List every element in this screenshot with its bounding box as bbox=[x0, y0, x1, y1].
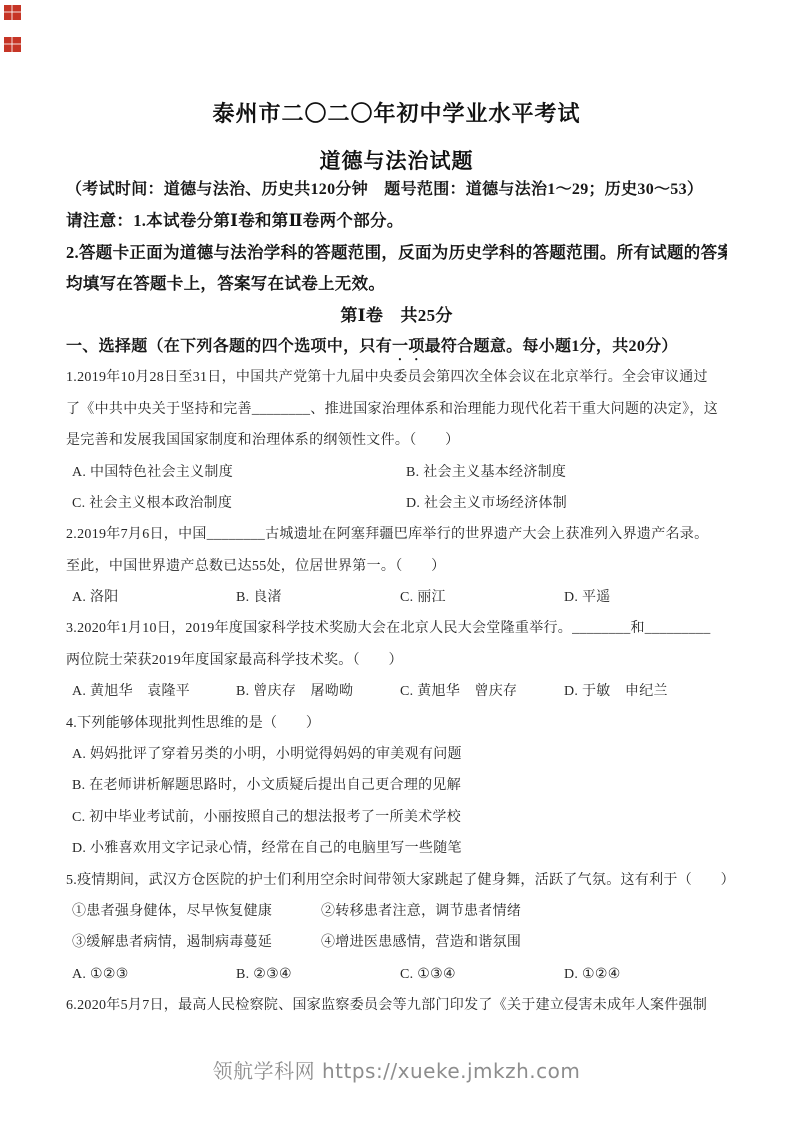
question-3-options-row: A. 黄旭华 袁隆平 B. 曾庆存 屠呦呦 C. 黄旭华 曾庆存 D. 于敏 申… bbox=[66, 676, 727, 707]
question-3-option-a: A. 黄旭华 袁隆平 bbox=[72, 676, 236, 707]
red-corner-mark-icon bbox=[4, 37, 21, 52]
question-6-line-1: 6.2020年5月7日，最高人民检察院、国家监察委员会等九部门印发了《关于建立侵… bbox=[66, 990, 727, 1021]
question-1-line-1: 1.2019年10月28日至31日，中国共产党第十九届中央委员会第四次全体会议在… bbox=[66, 362, 727, 393]
question-4-stem: 4.下列能够体现批判性思维的是（ ） bbox=[66, 708, 727, 739]
question-1-option-a: A. 中国特色社会主义制度 bbox=[72, 457, 406, 488]
question-2-option-d: D. 平遥 bbox=[564, 582, 727, 613]
question-2-line-1: 2.2019年7月6日，中国________古城遗址在阿塞拜疆巴库举行的世界遗产… bbox=[66, 519, 727, 550]
question-5-stem: 5.疫情期间，武汉方仓医院的护士们利用空余时间带领大家跳起了健身舞，活跃了气氛。… bbox=[66, 865, 727, 896]
question-1-options-row-2: C. 社会主义根本政治制度 D. 社会主义市场经济体制 bbox=[66, 488, 727, 519]
question-1-option-d: D. 社会主义市场经济体制 bbox=[406, 488, 727, 519]
question-1-options-row-1: A. 中国特色社会主义制度 B. 社会主义基本经济制度 bbox=[66, 457, 727, 488]
question-5-item-4: ④增进医患感情，营造和谐氛围 bbox=[321, 927, 727, 958]
question-2-options-row: A. 洛阳 B. 良渚 C. 丽江 D. 平遥 bbox=[66, 582, 727, 613]
question-5-item-1: ①患者强身健体，尽早恢复健康 bbox=[72, 896, 321, 927]
question-2-option-a: A. 洛阳 bbox=[72, 582, 236, 613]
question-5-option-c: C. ①③④ bbox=[400, 959, 564, 990]
question-3-option-c: C. 黄旭华 曾庆存 bbox=[400, 676, 564, 707]
document-subtitle: 道德与法治试题 bbox=[66, 148, 727, 174]
question-2-line-2: 至此，中国世界遗产总数已达55处，位居世界第一。（ ） bbox=[66, 551, 727, 582]
question-5-items-row-2: ③缓解患者病情，遏制病毒蔓延 ④增进医患感情，营造和谐氛围 bbox=[66, 927, 727, 958]
document-content: 泰州市二〇二〇年初中学业水平考试 道德与法治试题 （考试时间：道德与法治、历史共… bbox=[0, 100, 793, 1022]
red-corner-mark-icon bbox=[4, 5, 21, 20]
notice-line-1: 请注意：1.本试卷分第Ⅰ卷和第Ⅱ卷两个部分。 bbox=[66, 205, 727, 236]
question-4-option-a: A. 妈妈批评了穿着另类的小明，小明觉得妈妈的审美观有问题 bbox=[66, 739, 727, 770]
choice-heading-emphasized: 一项 bbox=[392, 338, 425, 355]
question-5-option-d: D. ①②④ bbox=[564, 959, 727, 990]
question-2-option-c: C. 丽江 bbox=[400, 582, 564, 613]
choice-heading-pre: 一、选择题（在下列各题的四个选项中，只有 bbox=[66, 338, 392, 355]
question-1-option-c: C. 社会主义根本政治制度 bbox=[72, 488, 406, 519]
section-heading: 第Ⅰ卷 共25分 bbox=[66, 300, 727, 331]
question-5-item-3: ③缓解患者病情，遏制病毒蔓延 bbox=[72, 927, 321, 958]
question-4-option-c: C. 初中毕业考试前，小丽按照自己的想法报考了一所美术学校 bbox=[66, 802, 727, 833]
question-5-option-a: A. ①②③ bbox=[72, 959, 236, 990]
page-title: 泰州市二〇二〇年初中学业水平考试 bbox=[66, 100, 727, 128]
site-watermark: 领航学科网 https://xueke.jmkzh.com bbox=[0, 1058, 793, 1084]
choice-section-heading: 一、选择题（在下列各题的四个选项中，只有一项最符合题意。每小题1分，共20分） bbox=[66, 331, 727, 362]
question-5-item-2: ②转移患者注意，调节患者情绪 bbox=[321, 896, 727, 927]
question-2-option-b: B. 良渚 bbox=[236, 582, 400, 613]
notice-line-3: 均填写在答题卡上，答案写在试卷上无效。 bbox=[66, 268, 727, 299]
notice-line-2: 2.答题卡正面为道德与法治学科的答题范围，反面为历史学科的答题范围。所有试题的答… bbox=[66, 237, 727, 268]
question-1-line-3: 是完善和发展我国国家制度和治理体系的纲领性文件。（ ） bbox=[66, 425, 727, 456]
question-1-option-b: B. 社会主义基本经济制度 bbox=[406, 457, 727, 488]
question-4-option-d: D. 小雅喜欢用文字记录心情，经常在自己的电脑里写一些随笔 bbox=[66, 833, 727, 864]
question-3-option-b: B. 曾庆存 屠呦呦 bbox=[236, 676, 400, 707]
question-3-line-2: 两位院士荣获2019年度国家最高科学技术奖。（ ） bbox=[66, 645, 727, 676]
choice-heading-post: 最符合题意。每小题1分，共20分） bbox=[425, 338, 678, 355]
question-3-line-1: 3.2020年1月10日，2019年度国家科学技术奖励大会在北京人民大会堂隆重举… bbox=[66, 613, 727, 644]
exam-paper-page: 泰州市二〇二〇年初中学业水平考试 道德与法治试题 （考试时间：道德与法治、历史共… bbox=[0, 0, 793, 1122]
question-5-options-row: A. ①②③ B. ②③④ C. ①③④ D. ①②④ bbox=[66, 959, 727, 990]
question-3-option-d: D. 于敏 申纪兰 bbox=[564, 676, 727, 707]
question-1-line-2: 了《中共中央关于坚持和完善________、推进国家治理体系和治理能力现代化若干… bbox=[66, 394, 727, 425]
question-5-option-b: B. ②③④ bbox=[236, 959, 400, 990]
exam-info-line: （考试时间：道德与法治、历史共120分钟 题号范围：道德与法治1～29；历史30… bbox=[66, 174, 727, 205]
question-4-option-b: B. 在老师讲析解题思路时，小文质疑后提出自己更合理的见解 bbox=[66, 770, 727, 801]
question-5-items-row-1: ①患者强身健体，尽早恢复健康 ②转移患者注意，调节患者情绪 bbox=[66, 896, 727, 927]
